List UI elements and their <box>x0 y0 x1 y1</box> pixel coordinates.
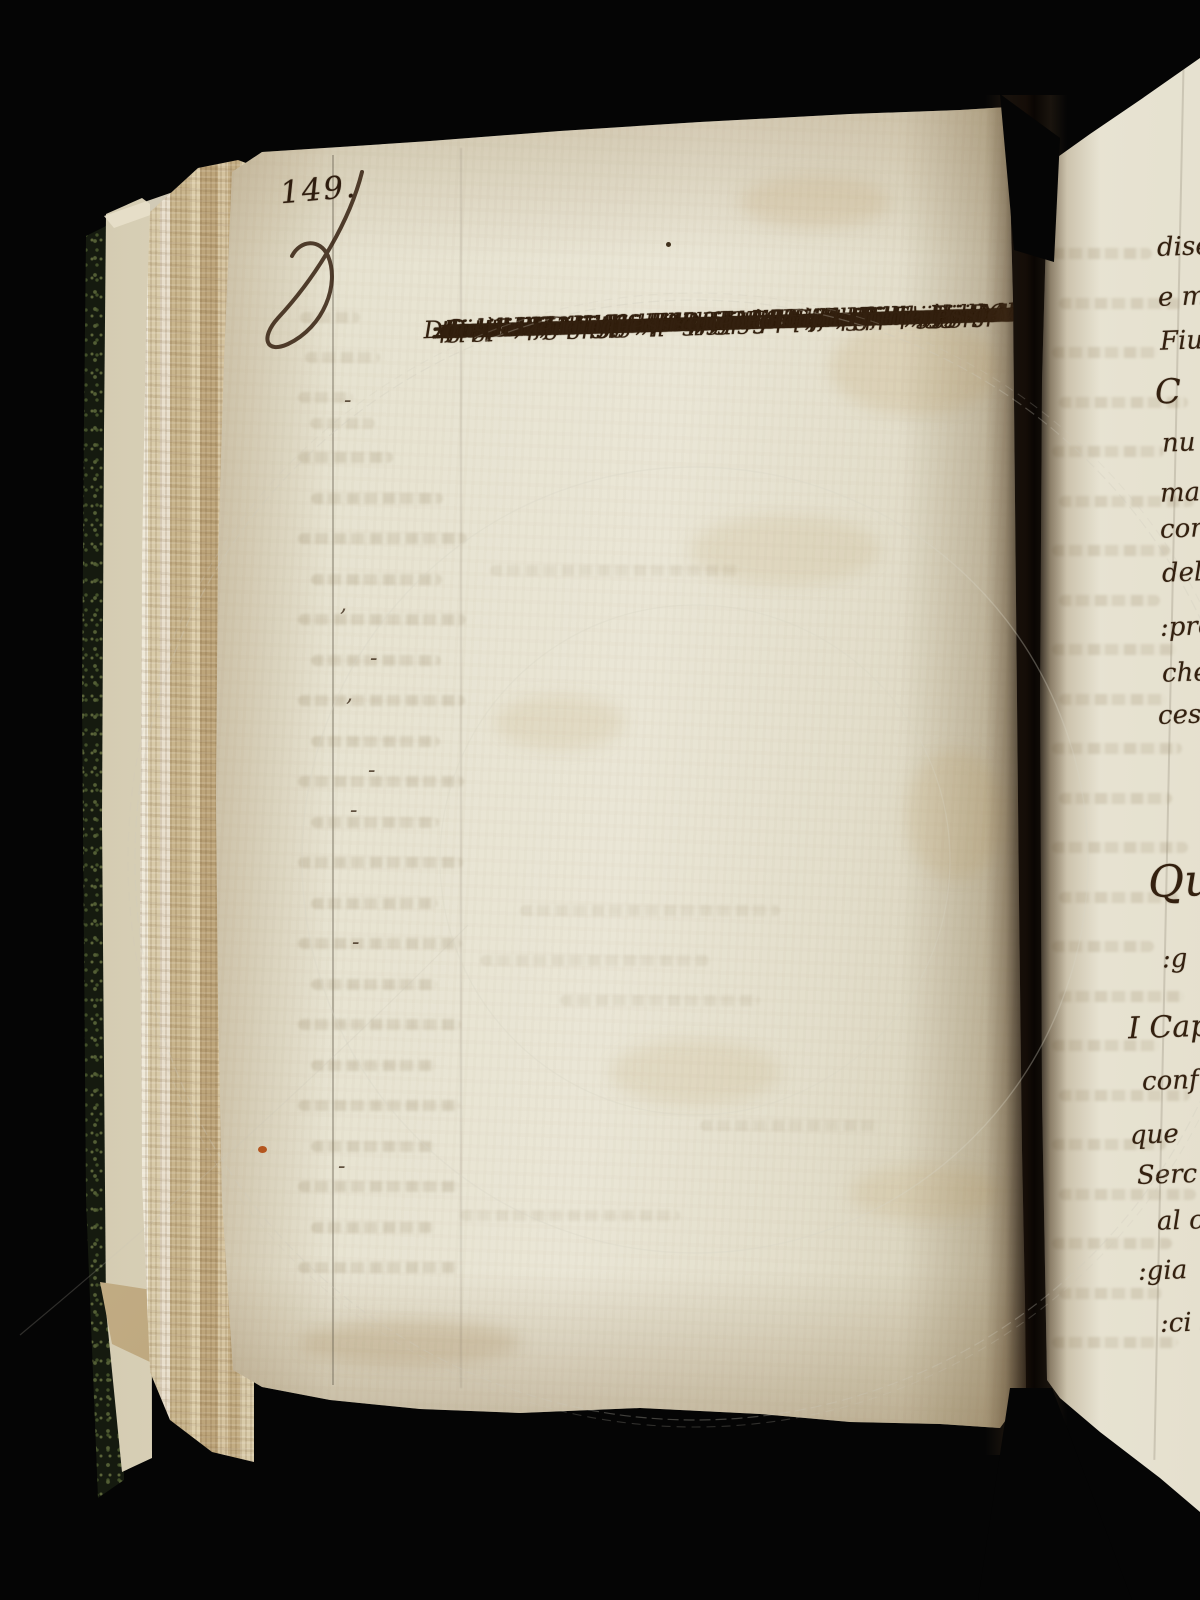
margin-mark: - <box>350 798 357 823</box>
ink-speck <box>666 242 671 247</box>
facing-page-text-fragment: :g <box>1161 944 1187 975</box>
facing-page-text-fragment: del <box>1161 557 1200 588</box>
margin-mark: , <box>340 592 347 617</box>
facing-page-text-fragment: Qu <box>1147 855 1200 908</box>
facing-page-text-fragment: C <box>1154 372 1181 413</box>
facing-page-text-fragment: cess <box>1157 699 1200 731</box>
facing-page-text-fragment: dise <box>1156 231 1200 263</box>
margin-mark: , <box>346 682 353 707</box>
facing-page-text-fragment: nu <box>1161 427 1196 458</box>
facing-page-text-fragment: e m <box>1157 281 1200 313</box>
ink-speck <box>258 1146 267 1153</box>
facing-page-text-fragment: al c <box>1156 1205 1200 1237</box>
facing-page-text-fragment: Fiu <box>1159 325 1200 356</box>
facing-page-text-fragment: :pre <box>1159 611 1200 643</box>
facing-page-text-fragment: che <box>1161 657 1200 689</box>
margin-mark: - <box>352 930 359 955</box>
facing-page-text-fragment: con <box>1159 513 1200 545</box>
right-margin-rule <box>1030 140 1032 1340</box>
margin-mark: - <box>368 758 375 783</box>
facing-page-text-fragment: :gia <box>1137 1255 1187 1287</box>
facing-page-text-fragment: Serc <box>1136 1159 1197 1191</box>
photo-canvas: 149. -,-,---- una Muraglia collocata vic… <box>0 0 1200 1600</box>
facing-page-text-fragment: conf <box>1141 1065 1199 1097</box>
facing-page-text-fragment: ma <box>1159 477 1200 508</box>
margin-mark: - <box>338 1154 345 1179</box>
facing-page-text-fragment: :ci s <box>1159 1307 1200 1339</box>
facing-page-text-fragment: I Cap <box>1127 1009 1200 1047</box>
facing-page-text-fragment: que <box>1129 1119 1179 1151</box>
margin-mark: - <box>344 388 351 413</box>
margin-mark: - <box>370 646 377 671</box>
